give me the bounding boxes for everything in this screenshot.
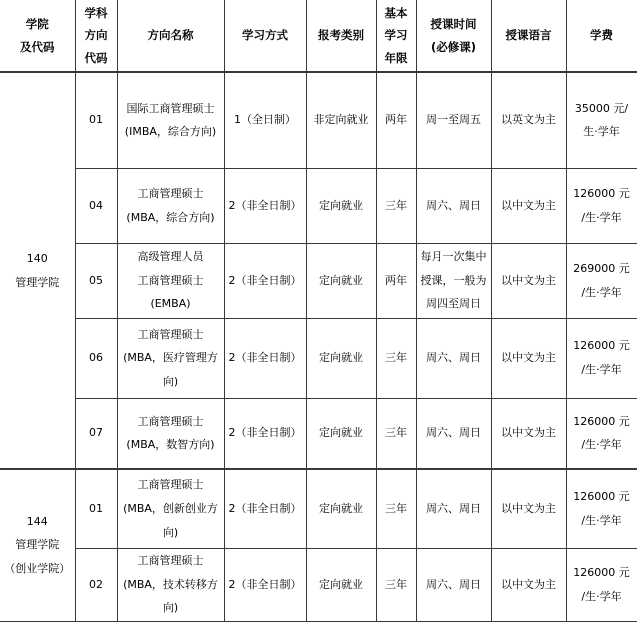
- cell-direction-name: 工商管理硕士 (MBA，医疗管理方 向): [117, 318, 224, 398]
- table-row: 04 工商管理硕士 (MBA，综合方向) 2（非全日制） 定向就业 三年 周六、…: [0, 168, 637, 243]
- cell-class-schedule: 周六、周日: [416, 398, 491, 469]
- programs-table: 学院 及代码 学科 方向 代码 方向名称 学习方式 报考类别 基本 学习 年限 …: [0, 0, 637, 622]
- cell-direction-name: 高级管理人员 工商管理硕士 (EMBA): [117, 243, 224, 318]
- header-teaching-language: 授课语言: [491, 0, 566, 72]
- cell-subject-code: 04: [75, 168, 117, 243]
- cell-class-schedule: 周六、周日: [416, 469, 491, 548]
- table-row: 05 高级管理人员 工商管理硕士 (EMBA) 2（非全日制） 定向就业 两年 …: [0, 243, 637, 318]
- cell-tuition-fee: 126000 元 /生·学年: [566, 318, 637, 398]
- cell-direction-name: 工商管理硕士 (MBA，综合方向): [117, 168, 224, 243]
- header-application-category: 报考类别: [306, 0, 376, 72]
- header-subject-direction-code: 学科 方向 代码: [75, 0, 117, 72]
- cell-subject-code: 02: [75, 548, 117, 621]
- table-row: 07 工商管理硕士 (MBA，数智方向) 2（非全日制） 定向就业 三年 周六、…: [0, 398, 637, 469]
- header-college-code: 学院 及代码: [0, 0, 75, 72]
- admissions-table-page: 学院 及代码 学科 方向 代码 方向名称 学习方式 报考类别 基本 学习 年限 …: [0, 0, 637, 624]
- cell-study-mode: 2（非全日制）: [224, 168, 306, 243]
- cell-teaching-language: 以中文为主: [491, 469, 566, 548]
- cell-subject-code: 05: [75, 243, 117, 318]
- cell-tuition-fee: 126000 元 /生·学年: [566, 398, 637, 469]
- cell-subject-code: 06: [75, 318, 117, 398]
- table-row: 144 管理学院 （创业学院） 01 工商管理硕士 (MBA，创新创业方 向) …: [0, 469, 637, 548]
- cell-tuition-fee: 126000 元 /生·学年: [566, 548, 637, 621]
- cell-application-category: 定向就业: [306, 318, 376, 398]
- table-row: 02 工商管理硕士 (MBA，技术转移方 向) 2（非全日制） 定向就业 三年 …: [0, 548, 637, 621]
- cell-direction-name: 工商管理硕士 (MBA，技术转移方 向): [117, 548, 224, 621]
- cell-application-category: 定向就业: [306, 548, 376, 621]
- header-basic-study-years: 基本 学习 年限: [376, 0, 416, 72]
- cell-tuition-fee: 126000 元 /生·学年: [566, 168, 637, 243]
- cell-application-category: 定向就业: [306, 243, 376, 318]
- cell-study-mode: 2（非全日制）: [224, 398, 306, 469]
- cell-application-category: 定向就业: [306, 168, 376, 243]
- cell-teaching-language: 以中文为主: [491, 318, 566, 398]
- header-tuition: 学费: [566, 0, 637, 72]
- header-row: 学院 及代码 学科 方向 代码 方向名称 学习方式 报考类别 基本 学习 年限 …: [0, 0, 637, 72]
- cell-direction-name: 工商管理硕士 (MBA，创新创业方 向): [117, 469, 224, 548]
- cell-study-mode: 2（非全日制）: [224, 469, 306, 548]
- cell-direction-name: 工商管理硕士 (MBA，数智方向): [117, 398, 224, 469]
- cell-study-years: 三年: [376, 469, 416, 548]
- cell-subject-code: 01: [75, 72, 117, 168]
- cell-study-years: 两年: [376, 243, 416, 318]
- cell-class-schedule: 每月一次集中 授课，一般为 周四至周日: [416, 243, 491, 318]
- cell-application-category: 定向就业: [306, 469, 376, 548]
- cell-study-years: 两年: [376, 72, 416, 168]
- header-direction-name: 方向名称: [117, 0, 224, 72]
- cell-class-schedule: 周六、周日: [416, 318, 491, 398]
- cell-study-years: 三年: [376, 398, 416, 469]
- cell-teaching-language: 以中文为主: [491, 398, 566, 469]
- cell-teaching-language: 以中文为主: [491, 243, 566, 318]
- cell-study-mode: 2（非全日制）: [224, 243, 306, 318]
- cell-application-category: 定向就业: [306, 398, 376, 469]
- cell-tuition-fee: 126000 元 /生·学年: [566, 469, 637, 548]
- cell-subject-code: 01: [75, 469, 117, 548]
- cell-teaching-language: 以中文为主: [491, 548, 566, 621]
- cell-college-144: 144 管理学院 （创业学院）: [0, 469, 75, 621]
- cell-college-140: 140 管理学院: [0, 72, 75, 469]
- header-class-time: 授课时间 (必修课): [416, 0, 491, 72]
- cell-class-schedule: 周六、周日: [416, 548, 491, 621]
- cell-teaching-language: 以中文为主: [491, 168, 566, 243]
- cell-study-mode: 1（全日制）: [224, 72, 306, 168]
- cell-application-category: 非定向就业: [306, 72, 376, 168]
- cell-study-mode: 2（非全日制）: [224, 548, 306, 621]
- cell-teaching-language: 以英文为主: [491, 72, 566, 168]
- cell-study-years: 三年: [376, 318, 416, 398]
- header-study-mode: 学习方式: [224, 0, 306, 72]
- cell-tuition-fee: 35000 元/ 生·学年: [566, 72, 637, 168]
- cell-tuition-fee: 269000 元 /生·学年: [566, 243, 637, 318]
- cell-class-schedule: 周一至周五: [416, 72, 491, 168]
- cell-study-years: 三年: [376, 168, 416, 243]
- table-row: 06 工商管理硕士 (MBA，医疗管理方 向) 2（非全日制） 定向就业 三年 …: [0, 318, 637, 398]
- table-row: 140 管理学院 01 国际工商管理硕士 (IMBA，综合方向) 1（全日制） …: [0, 72, 637, 168]
- cell-direction-name: 国际工商管理硕士 (IMBA，综合方向): [117, 72, 224, 168]
- cell-class-schedule: 周六、周日: [416, 168, 491, 243]
- cell-subject-code: 07: [75, 398, 117, 469]
- cell-study-mode: 2（非全日制）: [224, 318, 306, 398]
- cell-study-years: 三年: [376, 548, 416, 621]
